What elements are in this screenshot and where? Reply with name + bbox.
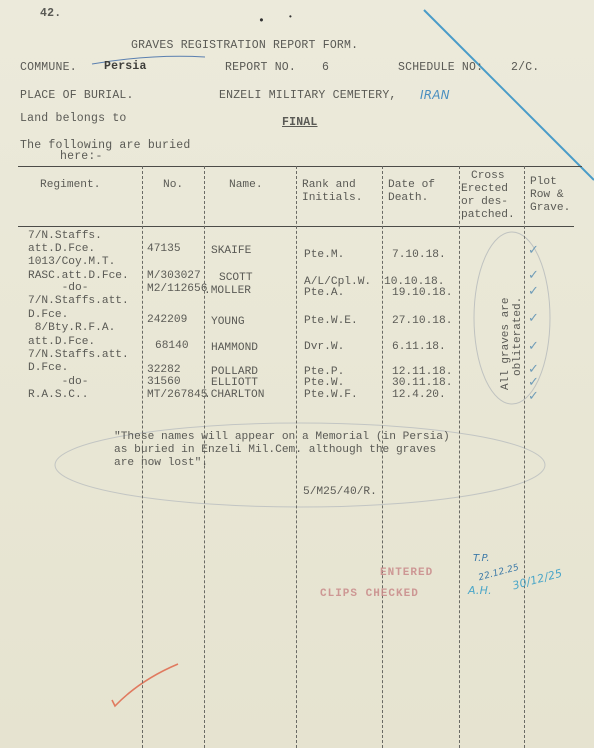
row-date: 6.11.18. (392, 341, 446, 353)
row-name: SCOTT (219, 272, 253, 284)
header-no: No. (163, 179, 183, 191)
regiment-line: att.D.Fce. (28, 243, 95, 255)
final-status: FINAL (282, 117, 318, 129)
header-plot-2: Row & (530, 189, 564, 201)
entered-stamp: ENTERED (380, 567, 433, 579)
schedule-no-label: SCHEDULE NO: (398, 62, 483, 74)
table-top-rule (18, 166, 582, 167)
graves-obliterated-note: All graves are obliterated. (500, 260, 530, 390)
memorial-note-line-2: as buried in Enzeli Mil.Cem. although th… (114, 444, 436, 456)
header-rank-1: Rank and (302, 179, 356, 191)
regiment-line: att.D.Fce. (28, 336, 95, 348)
report-no-value: 6 (322, 62, 329, 74)
row-no: 47135 (147, 243, 181, 255)
regiment-line: 7/N.Staffs.att. (28, 295, 129, 307)
intro-line-2: here:- (60, 151, 103, 163)
report-no-label: REPORT NO. (225, 62, 296, 74)
row-rank: Pte.M. (304, 249, 344, 261)
commune-value: Persia (104, 61, 147, 73)
ink-dot: • (288, 12, 293, 24)
regiment-line: -do- (28, 376, 88, 388)
header-cross-1: Cross (471, 170, 505, 182)
handwritten-initials-2: A.H. (468, 585, 492, 597)
intro-line-1: The following are buried (20, 140, 190, 152)
row-rank: Pte.A. (304, 287, 344, 299)
row-name: .CHARLTON (204, 389, 264, 401)
regiment-line: 1013/Coy.M.T. (28, 256, 115, 268)
regiment-line: D.Fce. (28, 309, 68, 321)
row-date: 30.11.18. (392, 377, 452, 389)
column-divider (524, 166, 525, 748)
column-divider (459, 166, 460, 748)
row-no: MT/267845 (147, 389, 207, 401)
row-no: M2/112656 (147, 283, 207, 295)
clips-checked-stamp: CLIPS CHECKED (320, 588, 419, 600)
row-name: ELLIOTT (211, 377, 258, 389)
handwritten-iran: IRAN (420, 89, 450, 101)
reference-number: 5/M25/40/R. (303, 486, 377, 498)
handwritten-initials-1: T.P. (473, 553, 490, 565)
header-rank-2: Initials. (302, 192, 362, 204)
header-name: Name. (229, 179, 263, 191)
form-title: GRAVES REGISTRATION REPORT FORM. (131, 40, 358, 52)
land-belongs-label: Land belongs to (20, 113, 127, 125)
regiment-line: -do- (28, 282, 88, 294)
schedule-no-value: 2/C. (511, 62, 539, 74)
memorial-note-line-1: "These names will appear on a Memorial (… (114, 431, 450, 443)
column-divider (382, 166, 383, 748)
regiment-line: D.Fce. (28, 362, 68, 374)
regiment-line: 7/N.Staffs.att. (28, 349, 129, 361)
commune-label: COMMUNE. (20, 62, 77, 74)
memorial-note-line-3: are now lost". (114, 457, 208, 469)
regiment-line: 8/Bty.R.F.A. (28, 322, 115, 334)
header-date-1: Date of (388, 179, 435, 191)
place-of-burial-value: ENZELI MILITARY CEMETERY, (219, 90, 397, 102)
row-rank: Dvr.W. (304, 341, 344, 353)
regiment-line: 7/N.Staffs. (28, 230, 102, 242)
check-mark-icon: ✓ (528, 268, 539, 283)
check-mark-icon: ✓ (528, 375, 539, 390)
place-of-burial-label: PLACE OF BURIAL. (20, 90, 134, 102)
header-date-2: Death. (388, 192, 428, 204)
row-no: 31560 (147, 376, 181, 388)
row-rank: Pte.W.E. (304, 315, 358, 327)
regiment-line: RASC.att.D.Fce. (28, 270, 129, 282)
row-date: 7.10.18. (392, 249, 446, 261)
row-date: 19.10.18. (392, 287, 452, 299)
header-plot-3: Grave. (530, 202, 570, 214)
row-no: 32282 (147, 364, 181, 376)
row-no: 68140 (155, 340, 189, 352)
page-number: 42. (40, 8, 61, 20)
column-divider (296, 166, 297, 748)
check-mark-icon: ✓ (528, 284, 539, 299)
row-date: 12.4.20. (392, 389, 446, 401)
header-plot-1: Plot (530, 176, 557, 188)
header-cross-4: patched. (461, 209, 515, 221)
check-mark-icon: ✓ (528, 311, 539, 326)
header-regiment: Regiment. (40, 179, 100, 191)
row-date: 27.10.18. (392, 315, 452, 327)
header-cross-3: or des- (461, 196, 508, 208)
row-name: HAMMOND (211, 342, 258, 354)
ink-dot: • (258, 16, 265, 28)
check-mark-icon: ✓ (528, 243, 539, 258)
row-no: M/303027 (147, 270, 201, 282)
row-rank: Pte.W.F. (304, 389, 358, 401)
row-name: YOUNG (211, 316, 245, 328)
header-cross-2: Erected (461, 183, 508, 195)
row-rank: Pte.W. (304, 377, 344, 389)
regiment-line: R.A.S.C.. (28, 389, 88, 401)
row-name: .MOLLER (204, 285, 251, 297)
row-no: 242209 (147, 314, 187, 326)
check-mark-icon: ✓ (528, 339, 539, 354)
row-name: SKAIFE (211, 245, 251, 257)
check-mark-icon: ✓ (528, 389, 539, 404)
